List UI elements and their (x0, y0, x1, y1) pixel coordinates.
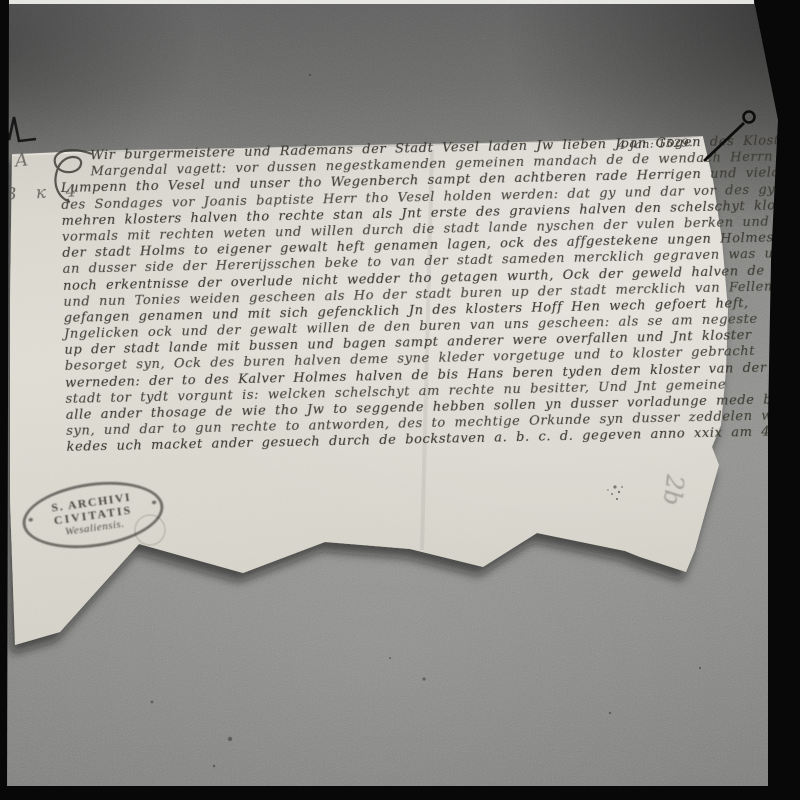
film-top-light-strip (9, 0, 754, 4)
film-frame-edges (0, 0, 800, 800)
photo-foreground-layer (0, 0, 800, 800)
background-specks (151, 74, 702, 767)
archival-photograph: Wir burgermeistere und Rademans der Stad… (0, 0, 800, 800)
straight-pin-icon (704, 112, 755, 162)
